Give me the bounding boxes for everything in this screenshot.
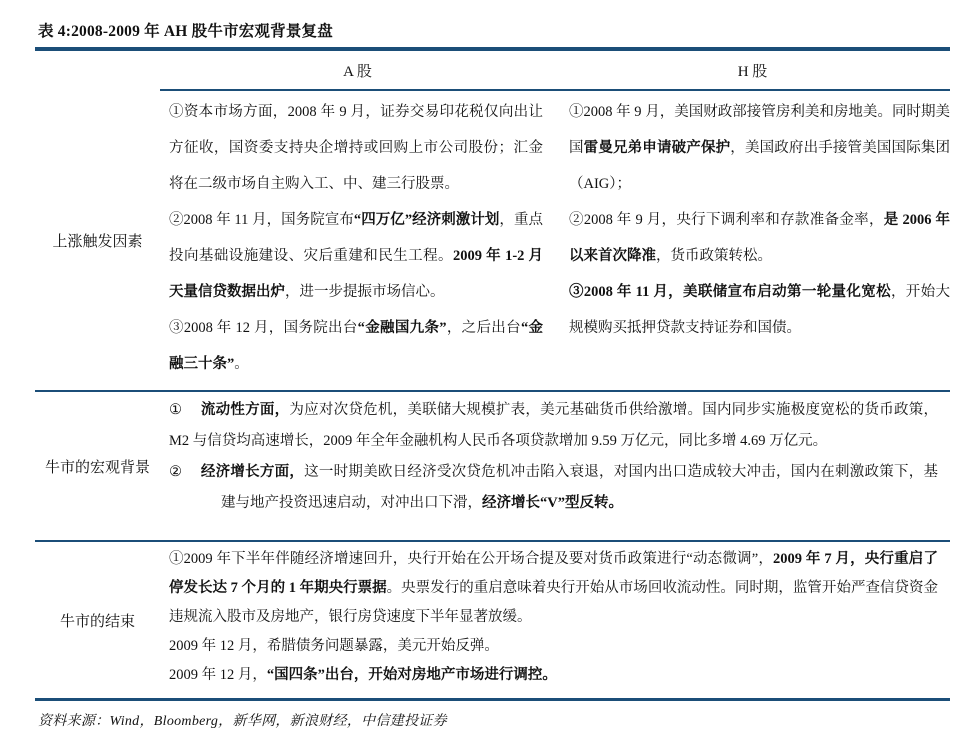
row-label-bull-market-end: 牛市的结束	[35, 542, 160, 698]
paragraph: 2009 年 12 月，希腊债务问题暴露，美元开始反弹。	[169, 632, 938, 661]
paragraph: 2009 年 12 月，“国四条”出台，开始对房地产市场进行调控。	[169, 661, 938, 690]
cell-bull-market-end: ①2009 年下半年伴随经济增速回升，央行开始在公开场合提及要对货币政策进行“动…	[160, 542, 950, 698]
column-header-h-share: H 股	[555, 51, 950, 91]
paragraph: ①2009 年下半年伴随经济增速回升，央行开始在公开场合提及要对货币政策进行“动…	[169, 545, 938, 632]
header-row: A 股 H 股	[35, 51, 950, 91]
column-header-spacer	[35, 51, 160, 91]
macro-review-table: A 股 H 股 上涨触发因素 ①资本市场方面，2008 年 9 月，证券交易印花…	[35, 47, 950, 701]
paragraph: ③2008 年 12 月，国务院出台“金融国九条”，之后出台“金融三十条”。	[169, 310, 543, 382]
paragraph: ① 流动性方面，为应对次贷危机，美联储大规模扩表，美元基础货币供给激增。国内同步…	[169, 395, 938, 457]
paragraph: ③2008 年 11 月，美联储宣布启动第一轮量化宽松，开始大规模购买抵押贷款支…	[569, 274, 950, 346]
paragraph: ①2008 年 9 月，美国财政部接管房利美和房地美。同时期美国雷曼兄弟申请破产…	[569, 94, 950, 202]
report-page: 表 4:2008-2009 年 AH 股牛市宏观背景复盘 A 股 H 股 上涨触…	[0, 0, 955, 706]
source-note: 资料来源：Wind，Bloomberg，新华网，新浪财经，中信建投证券	[38, 710, 950, 730]
paragraph: ①资本市场方面，2008 年 9 月，证券交易印花税仅向出让方征收，国资委支持央…	[169, 94, 543, 202]
row-label-macro-background: 牛市的宏观背景	[35, 392, 160, 540]
paragraph: ②2008 年 11 月，国务院宣布“四万亿”经济刺激计划，重点投向基础设施建设…	[169, 202, 543, 310]
column-header-a-share: A 股	[160, 51, 555, 91]
paragraph: ② 经济增长方面，这一时期美欧日经济受次贷危机冲击陷入衰退，对国内出口造成较大冲…	[169, 457, 938, 519]
row-rise-triggers: 上涨触发因素 ①资本市场方面，2008 年 9 月，证券交易印花税仅向出让方征收…	[35, 91, 950, 390]
cell-macro-background: ① 流动性方面，为应对次贷危机，美联储大规模扩表，美元基础货币供给激增。国内同步…	[160, 392, 950, 540]
cell-h-share-triggers: ①2008 年 9 月，美国财政部接管房利美和房地美。同时期美国雷曼兄弟申请破产…	[555, 91, 950, 390]
paragraph: ②2008 年 9 月，央行下调利率和存款准备金率，是 2006 年以来首次降准…	[569, 202, 950, 274]
cell-a-share-triggers: ①资本市场方面，2008 年 9 月，证券交易印花税仅向出让方征收，国资委支持央…	[160, 91, 555, 390]
row-label-rise-triggers: 上涨触发因素	[35, 91, 160, 390]
row-macro-background: 牛市的宏观背景 ① 流动性方面，为应对次贷危机，美联储大规模扩表，美元基础货币供…	[35, 390, 950, 540]
row-bull-market-end: 牛市的结束 ①2009 年下半年伴随经济增速回升，央行开始在公开场合提及要对货币…	[35, 540, 950, 698]
table-title: 表 4:2008-2009 年 AH 股牛市宏观背景复盘	[38, 22, 950, 42]
